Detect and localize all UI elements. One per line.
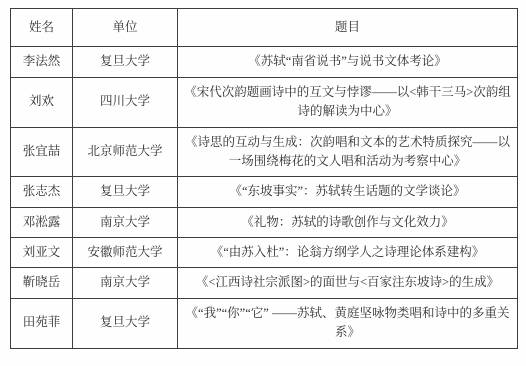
cell-name: 靳晓岳 [11,268,73,298]
table-row: 邓淞露 南京大学 《礼物：苏轼的诗歌创作与文化效力》 [11,207,518,237]
cell-name: 张宜喆 [11,127,73,177]
cell-affiliation: 复旦大学 [73,47,178,77]
cell-title: 《“由苏入杜”：论翁方纲学人之诗理论体系建构》 [178,238,518,268]
table-row: 李法然 复旦大学 《苏轼“南省说书”与说书文体考论》 [11,47,518,77]
cell-name: 李法然 [11,47,73,77]
document-page: 姓名 单位 题目 李法然 复旦大学 《苏轼“南省说书”与说书文体考论》 刘欢 四… [0,0,526,366]
table-row: 张宜喆 北京师范大学 《诗思的互动与生成：次韵唱和文本的艺术特质探究——以一场围… [11,127,518,177]
header-name: 姓名 [11,9,73,47]
cell-name: 田苑菲 [11,298,73,348]
cell-name: 刘亚文 [11,238,73,268]
cell-title: 《“东坡事实”：苏轼转生话题的文学谈论》 [178,177,518,207]
table-row: 张志杰 复旦大学 《“东坡事实”：苏轼转生话题的文学谈论》 [11,177,518,207]
cell-title: 《宋代次韵题画诗中的互文与悖谬——以<韩干三马>次韵组诗的解读为中心》 [178,77,518,127]
cell-affiliation: 复旦大学 [73,177,178,207]
cell-affiliation: 安徽师范大学 [73,238,178,268]
cell-title: 《礼物：苏轼的诗歌创作与文化效力》 [178,207,518,237]
cell-affiliation: 南京大学 [73,207,178,237]
cell-title: 《<江西诗社宗派图>的面世与<百家注东坡诗>的生成》 [178,268,518,298]
table-row: 刘欢 四川大学 《宋代次韵题画诗中的互文与悖谬——以<韩干三马>次韵组诗的解读为… [11,77,518,127]
cell-name: 刘欢 [11,77,73,127]
cell-name: 张志杰 [11,177,73,207]
cell-name: 邓淞露 [11,207,73,237]
header-affiliation: 单位 [73,9,178,47]
table-row: 刘亚文 安徽师范大学 《“由苏入杜”：论翁方纲学人之诗理论体系建构》 [11,238,518,268]
cell-affiliation: 四川大学 [73,77,178,127]
table-row: 靳晓岳 南京大学 《<江西诗社宗派图>的面世与<百家注东坡诗>的生成》 [11,268,518,298]
cell-affiliation: 复旦大学 [73,298,178,348]
table-header-row: 姓名 单位 题目 [11,9,518,47]
cell-affiliation: 北京师范大学 [73,127,178,177]
cell-title: 《“我”“你”“它” ——苏轼、黄庭坚咏物类唱和诗中的多重关系》 [178,298,518,348]
cell-title: 《诗思的互动与生成：次韵唱和文本的艺术特质探究——以一场围绕梅花的文人唱和活动为… [178,127,518,177]
table-row: 田苑菲 复旦大学 《“我”“你”“它” ——苏轼、黄庭坚咏物类唱和诗中的多重关系… [11,298,518,348]
header-title: 题目 [178,9,518,47]
cell-affiliation: 南京大学 [73,268,178,298]
presenters-table: 姓名 单位 题目 李法然 复旦大学 《苏轼“南省说书”与说书文体考论》 刘欢 四… [10,8,518,349]
cell-title: 《苏轼“南省说书”与说书文体考论》 [178,47,518,77]
